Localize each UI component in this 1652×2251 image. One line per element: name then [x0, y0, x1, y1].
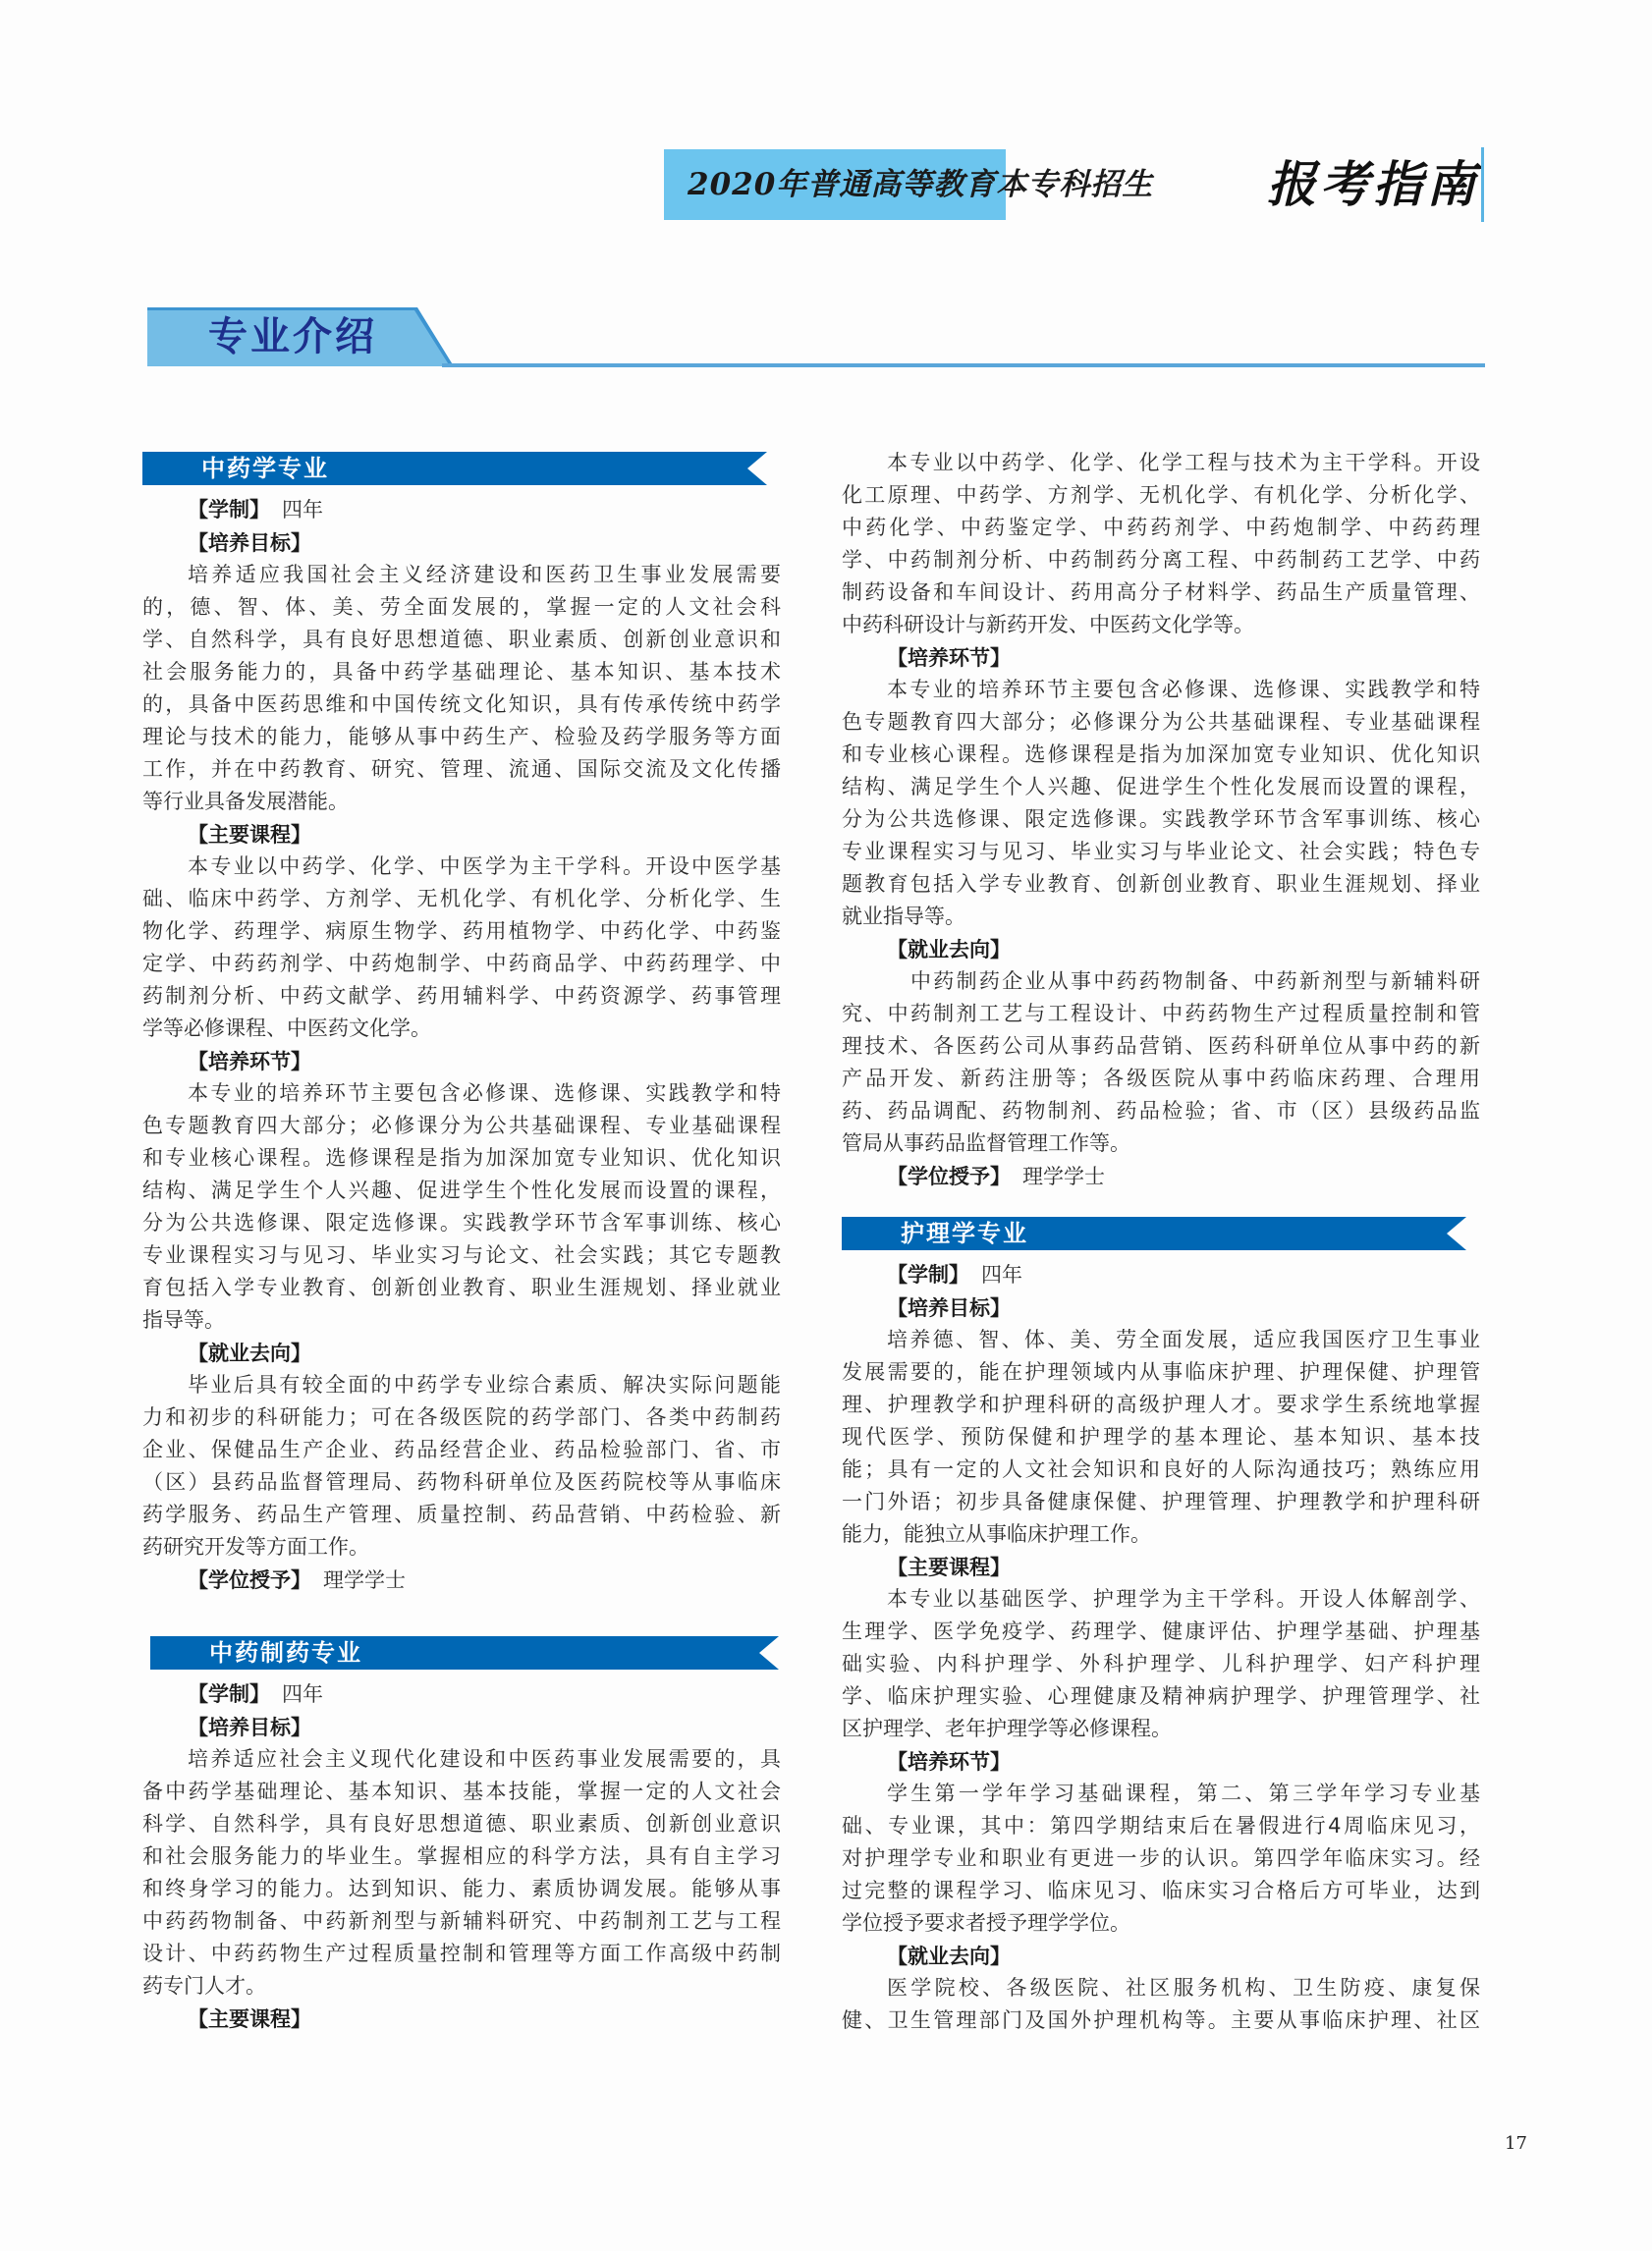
- major-title: 护理学专业: [901, 1217, 1028, 1250]
- courses-paragraph: 本专业以基础医学、护理学为主干学科。开设人体解剖学、 生理学、医学免疫学、药理学…: [842, 1583, 1480, 1745]
- training-paragraph: 本专业的培养环节主要包含必修课、选修课、实践教学和特 色专题教育四大部分；必修课…: [842, 674, 1480, 933]
- training-paragraph: 本专业的培养环节主要包含必修课、选修课、实践教学和特 色专题教育四大部分；必修课…: [142, 1077, 781, 1337]
- section-title: 专业介绍: [208, 307, 377, 366]
- courses-heading: 【主要课程】: [142, 818, 781, 851]
- goal-heading: 【培养目标】: [142, 526, 781, 559]
- courses-heading: 【主要课程】: [142, 2003, 781, 2035]
- length-heading: 【学制】四年: [142, 493, 781, 526]
- career-paragraph: 中药制药企业从事中药药物制备、中药新剂型与新辅料研 究、中药制剂工艺与工程设计、…: [842, 965, 1480, 1160]
- courses-paragraph: 本专业以中药学、化学、中医学为主干学科。开设中医学基 础、临床中药学、方剂学、无…: [142, 851, 781, 1045]
- goal-paragraph: 培养适应我国社会主义经济建设和医药卫生事业发展需要 的，德、智、体、美、劳全面发…: [142, 559, 781, 818]
- training-heading: 【培养环节】: [842, 641, 1480, 674]
- major-banner: 中药制药专业: [150, 1636, 779, 1670]
- page-number: 17: [1505, 2133, 1527, 2154]
- goal-paragraph: 培养适应社会主义现代化建设和中医药事业发展需要的，具 备中药学基础理论、基本知识…: [142, 1743, 781, 2003]
- courses-paragraph: 本专业以中药学、化学、化学工程与技术为主干学科。开设 化工原理、中药学、方剂学、…: [842, 447, 1480, 641]
- major-banner: 中药学专业: [142, 452, 767, 485]
- training-heading: 【培养环节】: [142, 1045, 781, 1077]
- training-heading: 【培养环节】: [842, 1745, 1480, 1778]
- header-guide-title: 报考指南: [1267, 149, 1479, 220]
- goal-heading: 【培养目标】: [142, 1711, 781, 1743]
- section-title-banner: 专业介绍: [147, 307, 1485, 368]
- major-banner: 护理学专业: [842, 1217, 1466, 1250]
- career-heading: 【就业去向】: [842, 933, 1480, 965]
- header-divider: [1481, 147, 1484, 222]
- career-heading: 【就业去向】: [142, 1337, 781, 1369]
- degree-heading: 【学位授予】理学学士: [842, 1160, 1480, 1193]
- header-title: 2020年普通高等教育本专科招生: [688, 162, 1002, 207]
- degree-heading: 【学位授予】理学学士: [142, 1564, 781, 1597]
- career-heading: 【就业去向】: [842, 1940, 1480, 1972]
- section-title-underline: [442, 363, 1485, 367]
- major-title: 中药学专业: [201, 452, 329, 485]
- career-paragraph: 毕业后具有较全面的中药学专业综合素质、解决实际问题能 力和初步的科研能力；可在各…: [142, 1369, 781, 1564]
- length-heading: 【学制】四年: [842, 1258, 1480, 1291]
- right-column: 本专业以中药学、化学、化学工程与技术为主干学科。开设 化工原理、中药学、方剂学、…: [842, 447, 1480, 2037]
- career-paragraph: 医学院校、各级医院、社区服务机构、卫生防疫、康复保 健、卫生管理部门及国外护理机…: [842, 1972, 1480, 2037]
- major-title: 中药制药专业: [209, 1636, 362, 1670]
- goal-heading: 【培养目标】: [842, 1291, 1480, 1324]
- goal-paragraph: 培养德、智、体、美、劳全面发展，适应我国医疗卫生事业 发展需要的，能在护理领域内…: [842, 1324, 1480, 1551]
- length-heading: 【学制】四年: [142, 1677, 781, 1711]
- courses-heading: 【主要课程】: [842, 1551, 1480, 1583]
- left-column: 中药学专业 【学制】四年 【培养目标】 培养适应我国社会主义经济建设和医药卫生事…: [142, 452, 781, 2035]
- training-paragraph: 学生第一学年学习基础课程，第二、第三学年学习专业基 础、专业课，其中：第四学期结…: [842, 1778, 1480, 1940]
